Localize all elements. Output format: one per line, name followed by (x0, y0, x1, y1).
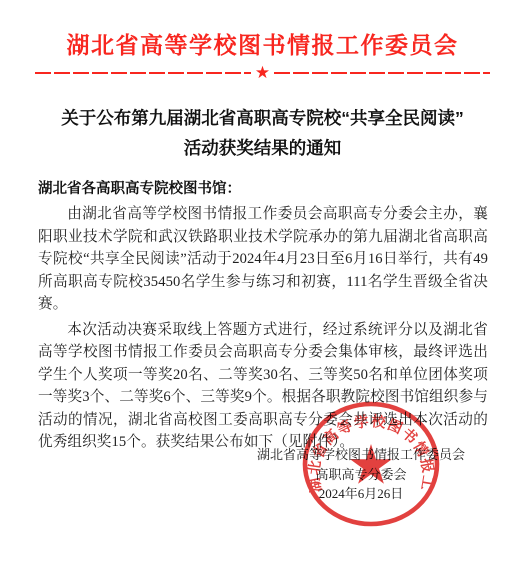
doc-title-line1: 关于公布第九届湖北省高职高专院校“共享全民阅读” (30, 103, 495, 133)
body-block: 湖北省各高职高专院校图书馆： 由湖北省高等学校图书情报工作委员会高职高专分委会主… (38, 178, 488, 454)
doc-title-line2: 活动获奖结果的通知 (30, 133, 495, 163)
divider-dash-left (35, 72, 251, 75)
paragraph-1: 由湖北省高等学校图书情报工作委员会高职高专分委会主办，襄阳职业技术学院和武汉铁路… (38, 203, 488, 316)
doc-title: 关于公布第九届湖北省高职高专院校“共享全民阅读” 活动获奖结果的通知 (30, 103, 495, 163)
salutation: 湖北省各高职高专院校图书馆： (38, 178, 488, 200)
divider-dash-right (274, 72, 490, 75)
signature-date: 2024年6月26日 (255, 484, 467, 504)
document-page: 湖北省高等学校图书情报工作委员会 ★ 关于公布第九届湖北省高职高专院校“共享全民… (0, 0, 525, 587)
signature-org-line1: 湖北省高等学校图书情报工作委员会 (255, 445, 467, 465)
letterhead-org-title: 湖北省高等学校图书情报工作委员会 (0, 27, 525, 60)
signature-org-line2: 高职高专分委会 (255, 465, 467, 485)
signature-block: 湖北省高等学校图书情报工作委员会 高职高专分委会 2024年6月26日 (255, 445, 467, 504)
paragraph-2: 本次活动决赛采取线上答题方式进行，经过系统评分以及湖北省高等学校图书情报工作委员… (38, 319, 488, 454)
star-icon: ★ (255, 65, 270, 81)
letterhead-divider: ★ (35, 65, 490, 81)
